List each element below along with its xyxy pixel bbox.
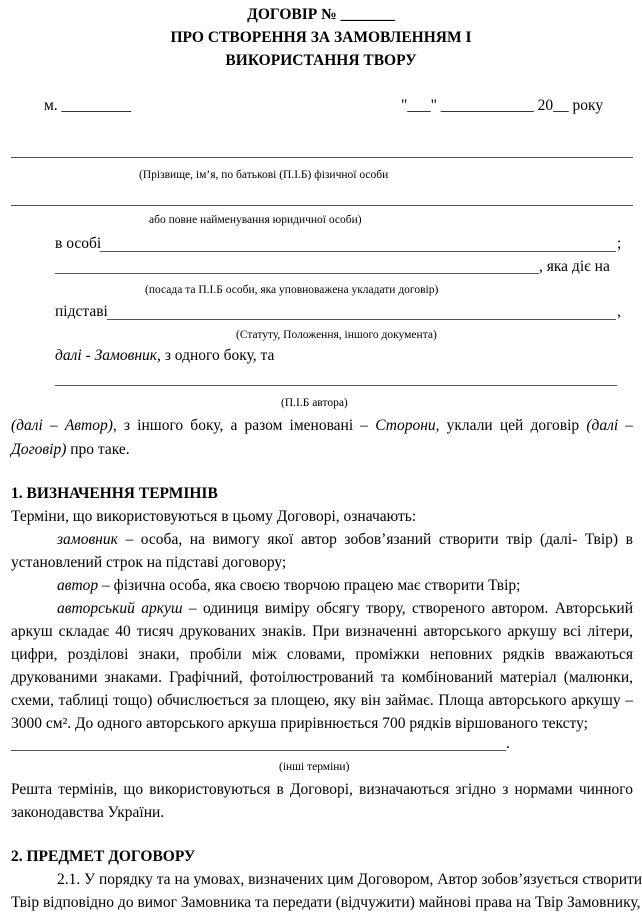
date-field[interactable]: "___" ____________ 20__ року bbox=[401, 97, 603, 115]
hint-legal-name: або повне найменування юридичної особи) bbox=[149, 214, 362, 226]
term-author: автор – фізична особа, яка своєю творчою… bbox=[57, 577, 520, 595]
basis-end: , bbox=[617, 303, 621, 321]
term-sheet-def-3: цифри, розділові знаки, пробіли між слов… bbox=[11, 646, 633, 664]
representative-position-field[interactable] bbox=[55, 273, 539, 274]
party1-legal-name-field[interactable] bbox=[11, 205, 633, 206]
clause-2-1-line-2: Твір відповідно до вимог Замовника та пе… bbox=[11, 894, 633, 912]
term-sheet-def-4: друкованими знаками. Графічний, фотоілюс… bbox=[11, 669, 633, 687]
customer-line-rest: з одного боку, та bbox=[161, 347, 274, 364]
other-terms-end: . bbox=[506, 735, 510, 753]
parties-text-1: з іншого боку, а разом іменовані – bbox=[124, 417, 368, 434]
term-sheet: авторський аркуш – одиниця виміру обсягу… bbox=[57, 600, 633, 618]
parties-text-2: уклали цей договір bbox=[447, 417, 580, 434]
section-2-heading: 2. ПРЕДМЕТ ДОГОВОРУ bbox=[11, 848, 195, 866]
contract-subtitle-1: ПРО СТВОРЕННЯ ЗА ЗАМОВЛЕННЯМ І bbox=[0, 29, 642, 47]
basis-label: підставі bbox=[55, 303, 108, 321]
parties-line-1: (далі – Автор), з іншого боку, а разом і… bbox=[11, 417, 633, 435]
customer-line: далі - Замовник, з одного боку, та bbox=[55, 347, 274, 365]
contract-alias-end: Договір) bbox=[11, 441, 66, 458]
hint-position: (посада та П.І.Б особи, яка уповноважена… bbox=[145, 284, 438, 296]
author-name-field[interactable] bbox=[55, 385, 617, 386]
term-sheet-def: – одиниця виміру обсягу твору, створеног… bbox=[183, 600, 633, 617]
representative-field[interactable] bbox=[100, 251, 616, 252]
other-terms-field[interactable] bbox=[11, 750, 506, 751]
section-1-intro: Терміни, що використовуються в цьому Дог… bbox=[11, 508, 416, 526]
term-customer-name: замовник bbox=[57, 531, 118, 548]
term-sheet-name: авторський аркуш bbox=[57, 600, 183, 617]
parties-line-2-rest: про таке. bbox=[66, 441, 129, 458]
hint-author: (П.І.Б автора) bbox=[281, 397, 348, 409]
parties-line-2: Договір) про таке. bbox=[11, 441, 130, 459]
acting-on-label: , яка діє на bbox=[539, 258, 610, 276]
contract-alias-start: (далі – bbox=[586, 417, 633, 434]
term-sheet-def-5: схеми, таблиці тощо) обчислюється за пло… bbox=[11, 692, 633, 710]
contract-subtitle-2: ВИКОРИСТАННЯ ТВОРУ bbox=[0, 52, 642, 70]
section-1-heading: 1. ВИЗНАЧЕННЯ ТЕРМІНІВ bbox=[11, 485, 218, 503]
term-author-def: – фізична особа, яка своєю творчою праце… bbox=[98, 577, 520, 594]
term-customer-def: – особа, на вимогу якої автор зобов’язан… bbox=[118, 531, 633, 548]
hint-other-terms: (інші терміни) bbox=[279, 761, 349, 773]
term-sheet-def-2: аркуш складає 40 тисяч друкованих знаків… bbox=[11, 623, 633, 641]
in-person-end: ; bbox=[617, 235, 621, 253]
hint-basis: (Статуту, Положення, іншого документа) bbox=[236, 329, 437, 341]
term-customer-def-2: установлений строк на підставі договору; bbox=[11, 554, 286, 572]
rest-terms-line-1: Решта термінів, що використовуються в До… bbox=[11, 781, 633, 799]
clause-2-1-line-1: 2.1. У порядку та на умовах, визначених … bbox=[57, 871, 633, 889]
term-customer: замовник – особа, на вимогу якої автор з… bbox=[57, 531, 633, 549]
contract-title: ДОГОВІР № _______ bbox=[0, 6, 642, 24]
customer-alias: далі - Замовник, bbox=[55, 347, 161, 364]
hint-person-name: (Прізвище, ім’я, по батькові (П.І.Б) фіз… bbox=[139, 169, 388, 181]
author-alias: (далі – Автор), bbox=[11, 417, 117, 434]
term-author-name: автор bbox=[57, 577, 98, 594]
parties-alias: Сторони, bbox=[375, 417, 439, 434]
basis-field[interactable] bbox=[107, 319, 616, 320]
term-sheet-def-6: 3000 см². До одного авторського аркуша п… bbox=[11, 715, 588, 733]
rest-terms-line-2: законодавства України. bbox=[11, 804, 164, 822]
party1-name-field[interactable] bbox=[11, 157, 633, 158]
city-field[interactable]: м. _________ bbox=[44, 97, 131, 115]
in-person-label: в особі bbox=[55, 235, 101, 253]
